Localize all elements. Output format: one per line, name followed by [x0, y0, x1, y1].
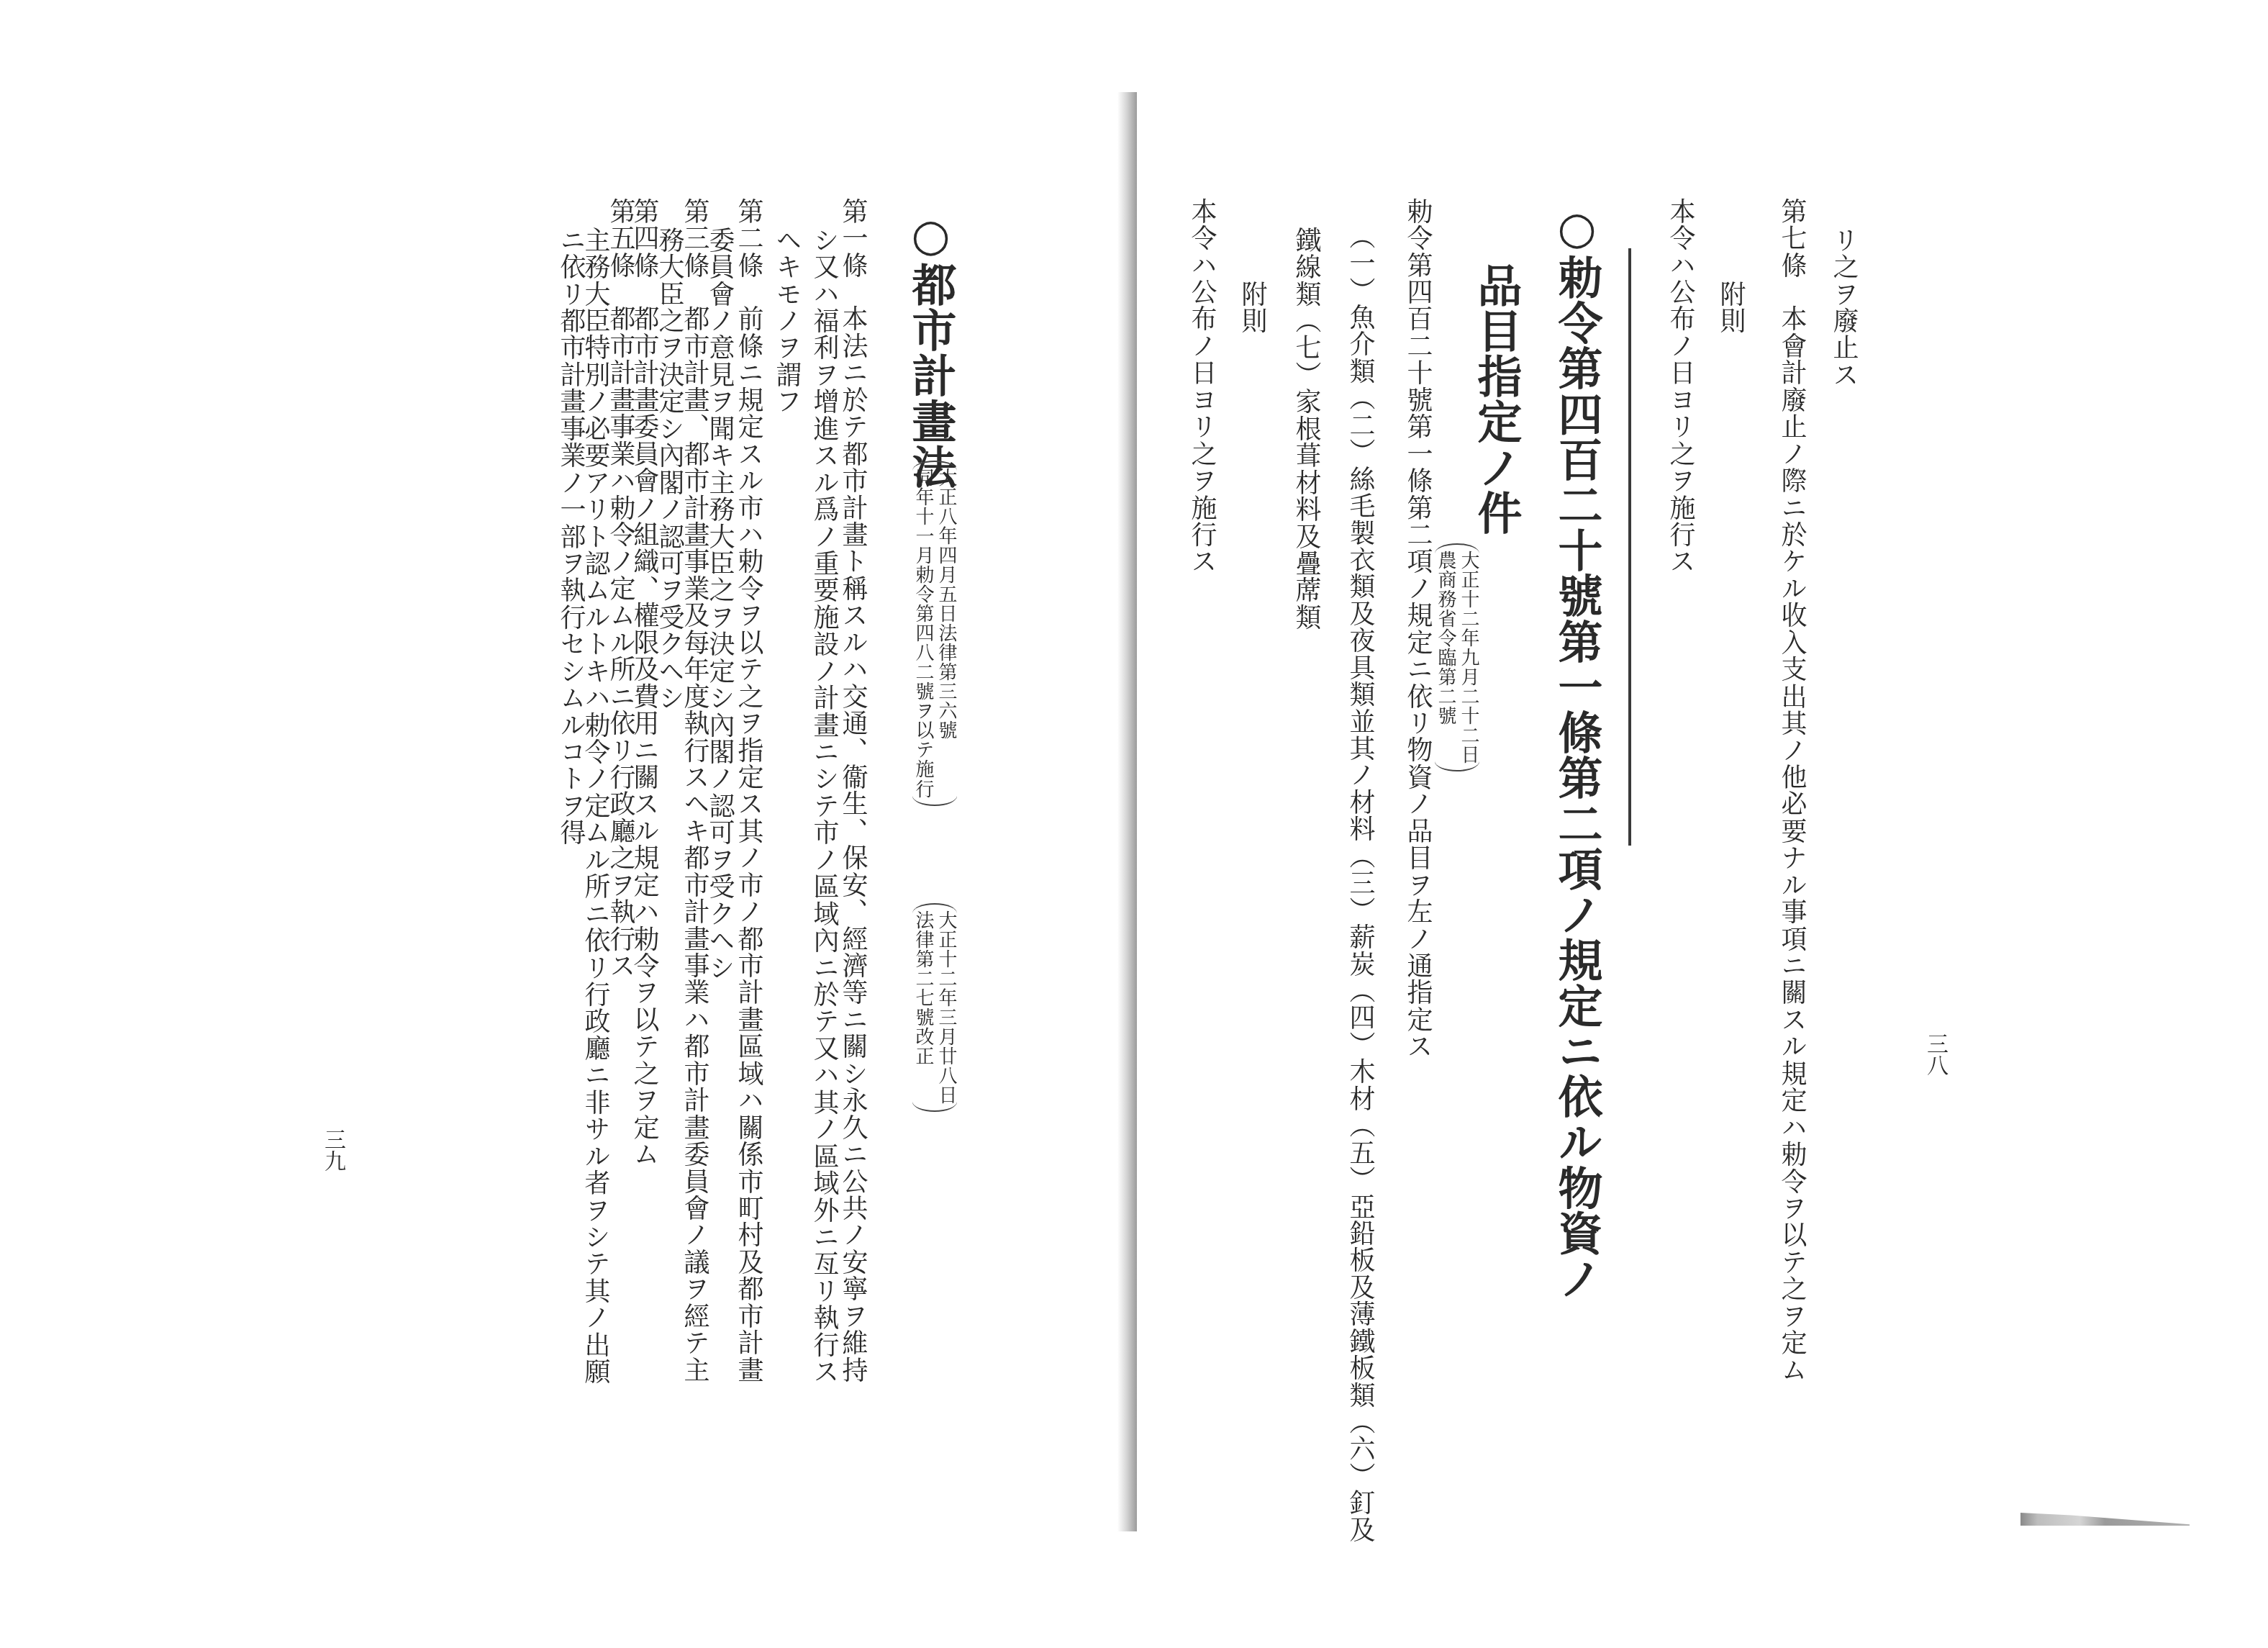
article-text: 前條ニ規定スル市ハ勅令ヲ以テ之ヲ指定ス其ノ市ノ都市計畫區域ハ關係市町村及都市計畫: [734, 306, 763, 1384]
article-label: 第二條: [734, 198, 763, 279]
section-divider: [1628, 248, 1631, 846]
article-3-line-2: 務大臣之ヲ決定シ內閣ノ認可ヲ受クヘシ: [656, 227, 682, 712]
article-text: 本會計廢止ノ際ニ於ケル收入支出其ノ他必要ナル事項ニ關スル規定ハ勅令ヲ以テ之ヲ定ム: [1777, 306, 1807, 1384]
ordinance-body-line-3: 鐵線類（七）家根葺材料及疊蓆類: [1293, 227, 1319, 631]
ordinance-body-line-2: （一）魚介類（二）絲毛製衣類及夜具類並其ノ材料（三）薪炭（四）木材（五）亞鉛板及…: [1347, 223, 1373, 1544]
annotation-line: 大正十二年三月廿八日: [937, 910, 956, 1105]
ordinance-title-line-1: ○勅令第四百二十號第一條第二項ノ規定ニ依ル物資ノ: [1554, 202, 1599, 1302]
ordinance-annotation: 大正十二年九月二十二日 農商務省令臨第二號: [1435, 543, 1479, 771]
annotation-line: 同年十一月勅令第四八二號ヲ以テ施行: [914, 468, 933, 799]
law-title-annotation-1: 大正八年四月五日法律第三六號 同年十一月勅令第四八二號ヲ以テ施行: [912, 461, 957, 806]
ordinance-body-line-1: 勅令第四百二十號第一條第二項ノ規定ニ依リ物資ノ品目ヲ左ノ通指定ス: [1405, 198, 1430, 1060]
law-name: 都市計畫法: [904, 262, 957, 489]
ordinance-title-line-2: 品目指定ノ件: [1474, 263, 1518, 535]
article-text: 本法ニ於テ都市計畫ト稱スルハ交通、衞生、保安、經濟等ニ關シ永久ニ公共ノ安寧ヲ維持: [838, 306, 868, 1384]
ordinance-title-text: 勅令第四百二十號第一條第二項ノ規定ニ依ル物資ノ: [1551, 255, 1603, 1302]
article-7: 第七條 本會計廢止ノ際ニ於ケル收入支出其ノ他必要ナル事項ニ關スル規定ハ勅令ヲ以テ…: [1779, 198, 1805, 1383]
article-label: 第三條: [680, 198, 709, 279]
annotation-line: 大正八年四月五日法律第三六號: [937, 468, 956, 799]
article-1-line-3: ヘキモノヲ謂フ: [774, 227, 799, 415]
article-5-line-3: ニ依リ都市計畫事業ノ一部ヲ執行セシムルコトヲ得: [558, 227, 584, 846]
article-text: 都市計畫事業ハ勅令ノ定ムル所ニ依リ行政廳之ヲ執行ス: [606, 306, 635, 979]
law-title-annotation-2: 大正十二年三月廿八日 法律第二七號改正: [912, 903, 957, 1112]
supplementary-heading-2: 附則: [1239, 281, 1265, 335]
law-title: ○都市計畫法: [908, 209, 953, 489]
article-text: 都市計畫、都市計畫事業及每年度執行スヘキ都市計畫事業ハ都市計畫委員會ノ議ヲ經テ主: [680, 306, 709, 1384]
article-1-line-1: 第一條 本法ニ於テ都市計畫ト稱スルハ交通、衞生、保安、經濟等ニ關シ永久ニ公共ノ安…: [840, 198, 866, 1383]
annotation-line: 農商務省令臨第二號: [1436, 551, 1455, 764]
continuation-line: リ之ヲ廢止ス: [1831, 227, 1856, 389]
article-3-line-1: 第三條 都市計畫、都市計畫事業及每年度執行スヘキ都市計畫事業ハ都市計畫委員會ノ議…: [681, 198, 707, 1383]
supplementary-heading-1: 附則: [1718, 281, 1743, 335]
annotation-line: 大正十二年九月二十二日: [1459, 551, 1478, 764]
supplementary-text-1: 本令ハ公布ノ日ヨリ之ヲ施行ス: [1667, 198, 1693, 575]
circle-mark: ○: [1551, 202, 1603, 255]
article-1-line-2: シ又ハ福利ヲ增進スル爲ノ重要施設ノ計畫ニシテ市ノ區域內ニ於テ又ハ其ノ區域外ニ亙リ…: [811, 227, 837, 1385]
article-2-line-2: 委員會ノ意見ヲ聞キ主務大臣之ヲ決定シ內閣ノ認可ヲ受クヘシ: [707, 227, 732, 981]
annotation-line: 法律第二七號改正: [914, 910, 933, 1105]
left-page: ○都市計畫法 大正八年四月五日法律第三六號 同年十一月勅令第四八二號ヲ以テ施行 …: [0, 0, 1119, 1648]
article-5-line-2: 主務大臣特別ノ必要アリト認ムルトキハ勅令ノ定ムル所ニ依リ行政廳ニ非サル者ヲシテ其…: [582, 227, 608, 1385]
page-number-right: 三八: [1919, 1033, 1951, 1076]
article-label: 第七條: [1777, 198, 1807, 279]
article-label: 第五條: [606, 198, 635, 279]
article-2-line-1: 第二條 前條ニ規定スル市ハ勅令ヲ以テ之ヲ指定ス其ノ市ノ都市計畫區域ハ關係市町村及…: [735, 198, 761, 1383]
article-label: 第一條: [838, 198, 868, 279]
article-5-line-1: 第五條 都市計畫事業ハ勅令ノ定ムル所ニ依リ行政廳之ヲ執行ス: [607, 198, 633, 979]
supplementary-text-2: 本令ハ公布ノ日ヨリ之ヲ施行ス: [1189, 198, 1215, 575]
circle-mark: ○: [904, 209, 957, 262]
right-page: リ之ヲ廢止ス 第七條 本會計廢止ノ際ニ於ケル收入支出其ノ他必要ナル事項ニ關スル規…: [1137, 0, 2268, 1648]
page-number-left: 三九: [317, 1128, 348, 1172]
